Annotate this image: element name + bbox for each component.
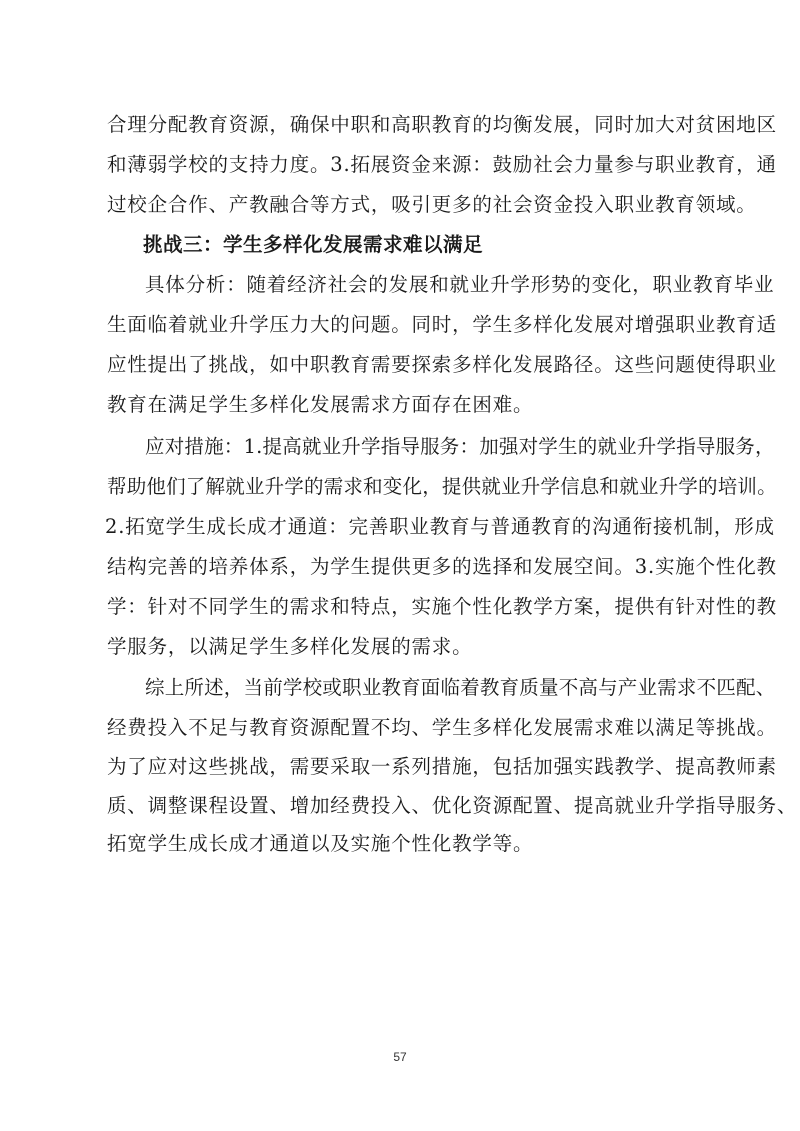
text-line: 教育在满足学生多样化发展需求方面存在困难。 <box>107 391 717 419</box>
text-line: 过校企合作、产教融合等方式，吸引更多的社会资金投入职业教育领域。 <box>107 191 717 219</box>
text-line: 2.拓宽学生成长成才通道：完善职业教育与普通教育的沟通衔接机制，形成 <box>105 513 717 541</box>
text-line: 应性提出了挑战，如中职教育需要探索多样化发展路径。这些问题使得职业 <box>107 351 717 379</box>
text-line: 为了应对这些挑战，需要采取一系列措施，包括加强实践教学、提高教师素 <box>107 753 717 781</box>
text-line: 拓宽学生成长成才通道以及实施个性化教学等。 <box>107 830 717 858</box>
text-line: 学服务，以满足学生多样化发展的需求。 <box>107 633 717 661</box>
text-line: 应对措施：1.提高就业升学指导服务：加强对学生的就业升学指导服务， <box>145 433 717 461</box>
text-line: 帮助他们了解就业升学的需求和变化，提供就业升学信息和就业升学的培训。 <box>107 473 723 501</box>
text-line: 结构完善的培养体系，为学生提供更多的选择和发展空间。3.实施个性化教 <box>107 553 717 581</box>
text-line: 综上所述，当前学校或职业教育面临着教育质量不高与产业需求不匹配、 <box>145 674 719 702</box>
section-heading: 挑战三：学生多样化发展需求难以满足 <box>143 231 717 259</box>
page-number: 57 <box>0 1050 800 1064</box>
document-page: 合理分配教育资源，确保中职和高职教育的均衡发展，同时加大对贫困地区 和薄弱学校的… <box>0 0 800 1131</box>
text-line: 具体分析：随着经济社会的发展和就业升学形势的变化，职业教育毕业 <box>145 271 717 299</box>
text-line: 经费投入不足与教育资源配置不均、学生多样化发展需求难以满足等挑战。 <box>107 714 719 742</box>
text-line: 合理分配教育资源，确保中职和高职教育的均衡发展，同时加大对贫困地区 <box>107 111 717 139</box>
text-line: 和薄弱学校的支持力度。3.拓展资金来源：鼓励社会力量参与职业教育，通 <box>107 151 717 179</box>
text-line: 质、调整课程设置、增加经费投入、优化资源配置、提高就业升学指导服务、 <box>107 792 719 820</box>
text-line: 学：针对不同学生的需求和特点，实施个性化教学方案，提供有针对性的教 <box>107 593 717 621</box>
text-line: 生面临着就业升学压力大的问题。同时，学生多样化发展对增强职业教育适 <box>107 311 717 339</box>
